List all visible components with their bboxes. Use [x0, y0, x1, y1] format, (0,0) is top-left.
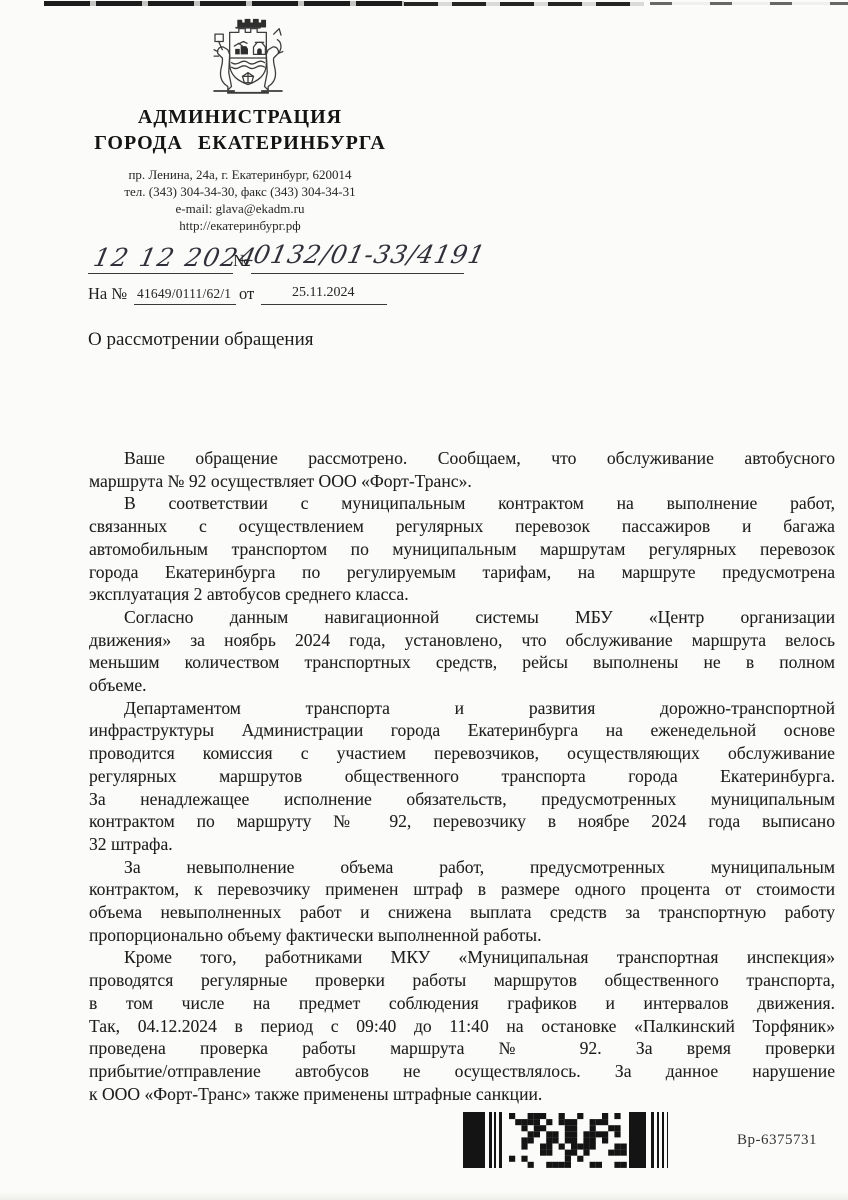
body-line: объема невыполненных работ и снижена вып…	[89, 901, 835, 924]
body-line: регулярных маршрутов общественного транс…	[89, 765, 835, 788]
body-line: в том числе на предмет соблюдения график…	[89, 992, 835, 1015]
body-line: движения» за ноябрь 2024 года, установле…	[89, 629, 835, 652]
body-line: прибытие/отправление автобусов не осущес…	[89, 1060, 835, 1083]
body-line: объеме.	[89, 674, 835, 697]
body-line: автомобильным транспортом по муниципальн…	[89, 538, 835, 561]
date-underline	[88, 273, 233, 274]
incoming-number-underline	[134, 304, 236, 305]
body-line: инфраструктуры Администрации города Екат…	[89, 719, 835, 742]
body-line: меньшим количеством транспортных средств…	[89, 651, 835, 674]
body-line: За ненадлежащее исполнение обязательств,…	[89, 788, 835, 811]
body-line: проводятся регулярные проверки работы ма…	[89, 969, 835, 992]
number-underline	[251, 273, 464, 274]
body-line: пропорционально объему фактически выполн…	[89, 924, 835, 947]
incoming-date-underline	[261, 304, 387, 305]
body-line: Согласно данным навигационной системы МБ…	[89, 606, 835, 629]
body-line: Так, 04.12.2024 в период с 09:40 до 11:4…	[89, 1015, 835, 1038]
body-line: Департаментом транспорта и развития доро…	[89, 697, 835, 720]
reply-reference-label: На №	[88, 284, 127, 304]
scan-bottom-edge	[0, 1192, 848, 1200]
body-line: маршрута № 92 осуществляет ООО «Форт-Тра…	[89, 470, 835, 493]
body-line: 32 штрафа.	[89, 833, 835, 856]
handwritten-outgoing-number: 0132/01-33/4191	[251, 240, 488, 269]
incoming-number: 41649/0111/62/1	[137, 286, 231, 302]
body-line: В соответствии с муниципальным контракто…	[89, 492, 835, 515]
body-line: контрактом, к перевозчику применен штраф…	[89, 878, 835, 901]
body-line: эксплуатация 2 автобусов среднего класса…	[89, 583, 835, 606]
scanned-letter-page: АДМИНИСТРАЦИЯ ГОРОДА ЕКАТЕРИНБУРГА пр. Л…	[0, 0, 848, 1200]
body-line: к ООО «Форт-Транс» также применены штраф…	[89, 1083, 835, 1106]
body-line: проводится комиссия с участием перевозчи…	[89, 742, 835, 765]
address-phone: тел. (343) 304-34-30, факс (343) 304-34-…	[66, 183, 414, 200]
body-line: проведена проверка работы маршрута № 92.…	[89, 1037, 835, 1060]
org-name-line2: ГОРОДА ЕКАТЕРИНБУРГА	[66, 130, 414, 156]
address-street: пр. Ленина, 24а, г. Екатеринбург, 620014	[66, 166, 414, 183]
org-name-line1: АДМИНИСТРАЦИЯ	[66, 104, 414, 130]
body-line: Ваше обращение рассмотрено. Сообщаем, чт…	[89, 447, 835, 470]
from-label: от	[239, 284, 254, 304]
letterhead: АДМИНИСТРАЦИЯ ГОРОДА ЕКАТЕРИНБУРГА пр. Л…	[66, 12, 414, 234]
coat-of-arms-icon	[193, 12, 303, 104]
address-website: http://екатеринбург.рф	[66, 217, 414, 234]
scan-artifact-line	[404, 2, 644, 6]
scan-artifact-line	[44, 1, 404, 6]
body-line: города Екатеринбурга по регулируемым тар…	[89, 561, 835, 584]
body-line: связанных с осуществлением регулярных пе…	[89, 515, 835, 538]
body-line: Кроме того, работниками МКУ «Муниципальн…	[89, 946, 835, 969]
letter-body: Ваше обращение рассмотрено. Сообщаем, чт…	[89, 447, 835, 1105]
subject-line: О рассмотрении обращения	[88, 329, 314, 351]
scan-artifact-line	[650, 2, 848, 5]
incoming-date: 25.11.2024	[292, 285, 354, 301]
barcode-label: Вр-6375731	[737, 1132, 817, 1149]
body-line: За невыполнение объема работ, предусмотр…	[89, 856, 835, 879]
number-sign: №	[233, 251, 249, 271]
body-line: контрактом по маршруту № 92, перевозчику…	[89, 810, 835, 833]
address-email: e-mail: glava@ekadm.ru	[66, 200, 414, 217]
barcode-icon	[463, 1112, 670, 1174]
address-block: пр. Ленина, 24а, г. Екатеринбург, 620014…	[66, 166, 414, 234]
